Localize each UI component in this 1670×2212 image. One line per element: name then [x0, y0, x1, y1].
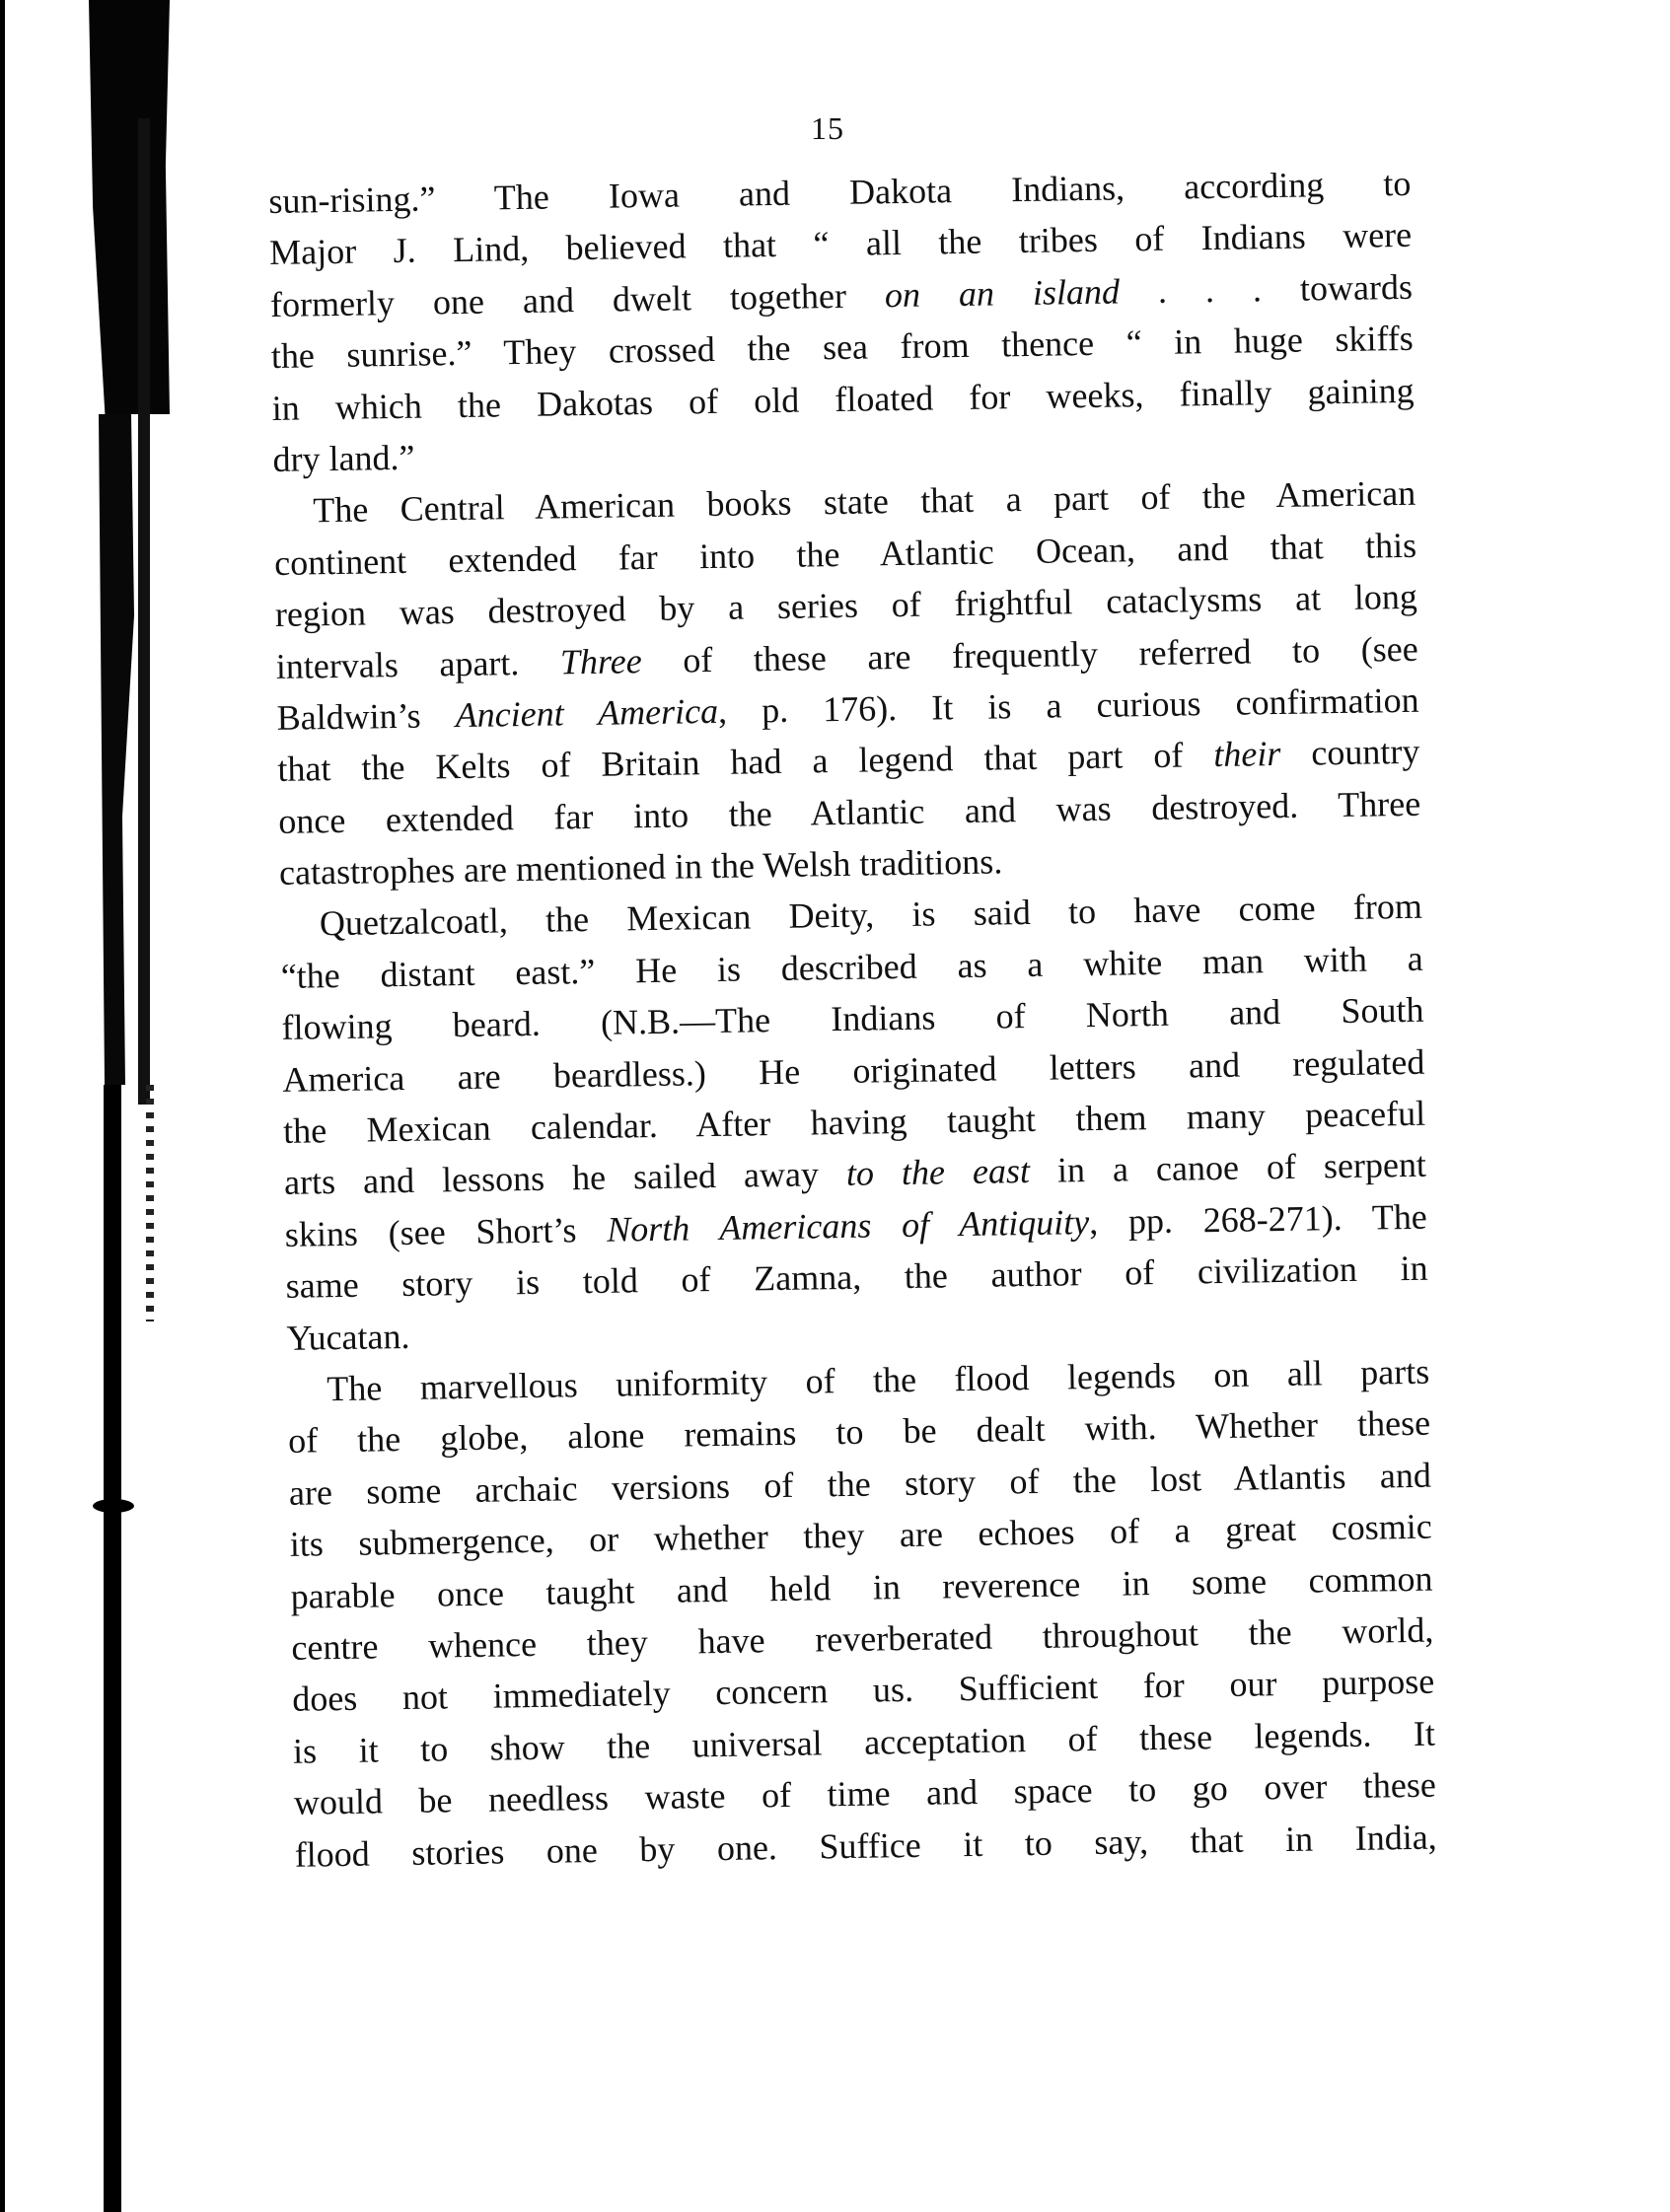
- text-run: , p. 176). It is a curious confirmation: [718, 680, 1419, 731]
- text-run: arts and lessons he sailed away: [284, 1154, 847, 1202]
- paragraph: The marvellous uniformity of the flood l…: [287, 1346, 1437, 1881]
- paragraph: The Central American books state that a …: [273, 467, 1421, 898]
- paragraph: Quetzalcoatl, the Mexican Deity, is said…: [280, 881, 1429, 1364]
- text-run: Baldwin’s: [276, 695, 456, 738]
- italic-text: to the east: [846, 1151, 1031, 1193]
- text-run: skins (see Short’s: [285, 1210, 608, 1254]
- text-run: country: [1280, 732, 1420, 773]
- text-run: . . . towards: [1120, 267, 1414, 312]
- text-run: , pp. 268-271). The: [1089, 1196, 1427, 1241]
- text-run: catastrophes are mentioned in the Welsh …: [279, 841, 1003, 892]
- scan-edge: [0, 0, 5, 2212]
- italic-text: Ancient America: [455, 691, 718, 735]
- paragraph: sun-rising.” The Iowa and Dakota Indians…: [268, 158, 1416, 485]
- book-binding-shadow: [89, 0, 168, 2212]
- text-run: formerly one and dwelt together: [270, 275, 885, 324]
- body-text: sun-rising.” The Iowa and Dakota Indians…: [268, 158, 1437, 1881]
- text-run: Yucatan.: [286, 1316, 410, 1357]
- page-number: 15: [811, 110, 844, 147]
- italic-text: North Americans of Antiquity: [607, 1202, 1090, 1249]
- text-run: of these are frequently referred to (see: [641, 628, 1418, 679]
- italic-text: Three: [560, 641, 642, 681]
- text-run: intervals apart.: [276, 642, 561, 686]
- scanned-page: 15 sun-rising.” The Iowa and Dakota Indi…: [0, 0, 1670, 2212]
- text-run: dry land.”: [272, 438, 415, 479]
- italic-text: their: [1213, 734, 1281, 774]
- text-run: that the Kelts of Britain had a legend t…: [277, 735, 1214, 789]
- italic-text: on an island: [885, 271, 1121, 315]
- text-run: in a canoe of serpent: [1030, 1145, 1427, 1190]
